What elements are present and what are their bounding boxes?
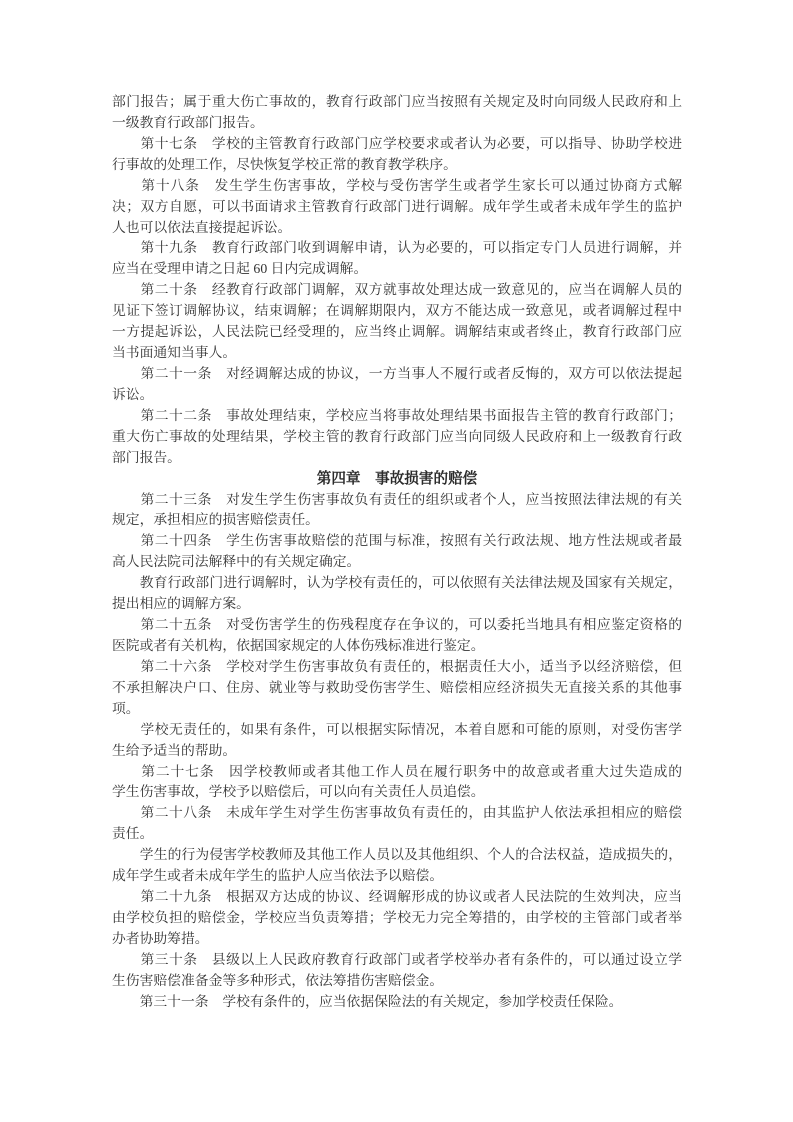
document-page: 部门报告；属于重大伤亡事故的，教育行政部门应当按照有关规定及时向同级人民政府和上… <box>0 0 793 1122</box>
text-line: 重大伤亡事故的处理结果，学校主管的教育行政部门应当向同级人民政府和上一级教育行政 <box>112 427 682 448</box>
text-line: 行事故的处理工作，尽快恢复学校正常的教育教学秩序。 <box>112 155 682 176</box>
text-line: 医院或者有关机构，依据国家规定的人体伤残标准进行鉴定。 <box>112 636 682 657</box>
text-line: 学生的行为侵害学校教师及其他工作人员以及其他组织、个人的合法权益，造成损失的， <box>112 845 682 866</box>
text-line: 部门报告。 <box>112 448 682 469</box>
text-line: 第二十八条 未成年学生对学生伤害事故负有责任的，由其监护人依法承担相应的赔偿 <box>112 803 682 824</box>
text-line: 第二十五条 对受伤害学生的伤残程度存在争议的，可以委托当地具有相应鉴定资格的 <box>112 615 682 636</box>
text-line: 责任。 <box>112 824 682 845</box>
text-line: 一级教育行政部门报告。 <box>112 113 682 134</box>
text-line: 第二十九条 根据双方达成的协议、经调解形成的协议或者人民法院的生效判决，应当 <box>112 887 682 908</box>
text-line: 第二十三条 对发生学生伤害事故负有责任的组织或者个人，应当按照法律法规的有关 <box>112 490 682 511</box>
chapter-heading: 第四章 事故损害的赔偿 <box>112 469 682 490</box>
text-line: 由学校负担的赔偿金，学校应当负责筹措；学校无力完全筹措的，由学校的主管部门或者举 <box>112 908 682 929</box>
text-line: 学生伤害事故，学校予以赔偿后，可以向有关责任人员追偿。 <box>112 782 682 803</box>
text-line: 第十九条 教育行政部门收到调解申请，认为必要的，可以指定专门人员进行调解，并 <box>112 238 682 259</box>
text-line: 生给予适当的帮助。 <box>112 741 682 762</box>
text-line: 项。 <box>112 699 682 720</box>
text-line: 应当在受理申请之日起 60 日内完成调解。 <box>112 259 682 280</box>
text-line: 第二十四条 学生伤害事故赔偿的范围与标准，按照有关行政法规、地方性法规或者最 <box>112 531 682 552</box>
text-line: 决；双方自愿，可以书面请求主管教育行政部门进行调解。成年学生或者未成年学生的监护 <box>112 197 682 218</box>
text-line: 见证下签订调解协议，结束调解；在调解期限内，双方不能达成一致意见，或者调解过程中 <box>112 301 682 322</box>
text-line: 部门报告；属于重大伤亡事故的，教育行政部门应当按照有关规定及时向同级人民政府和上 <box>112 92 682 113</box>
text-line: 第二十七条 因学校教师或者其他工作人员在履行职务中的故意或者重大过失造成的 <box>112 762 682 783</box>
text-line: 人也可以依法直接提起诉讼。 <box>112 218 682 239</box>
text-line: 成年学生或者未成年学生的监护人应当依法予以赔偿。 <box>112 866 682 887</box>
text-line: 第三十条 县级以上人民政府教育行政部门或者学校举办者有条件的，可以通过设立学 <box>112 950 682 971</box>
text-line: 教育行政部门进行调解时，认为学校有责任的，可以依照有关法律法规及国家有关规定， <box>112 573 682 594</box>
text-line: 一方提起诉讼，人民法院已经受理的，应当终止调解。调解结束或者终止，教育行政部门应 <box>112 322 682 343</box>
text-line: 第二十二条 事故处理结束，学校应当将事故处理结果书面报告主管的教育行政部门； <box>112 406 682 427</box>
text-line: 不承担解决户口、住房、就业等与救助受伤害学生、赔偿相应经济损失无直接关系的其他事 <box>112 678 682 699</box>
text-line: 第二十一条 对经调解达成的协议，一方当事人不履行或者反悔的，双方可以依法提起 <box>112 364 682 385</box>
text-line: 诉讼。 <box>112 385 682 406</box>
document-text: 部门报告；属于重大伤亡事故的，教育行政部门应当按照有关规定及时向同级人民政府和上… <box>112 92 682 1013</box>
text-line: 第十八条 发生学生伤害事故，学校与受伤害学生或者学生家长可以通过协商方式解 <box>112 176 682 197</box>
text-line: 第三十一条 学校有条件的，应当依据保险法的有关规定，参加学校责任保险。 <box>112 992 682 1013</box>
text-line: 生伤害赔偿准备金等多种形式，依法筹措伤害赔偿金。 <box>112 971 682 992</box>
text-line: 第二十条 经教育行政部门调解，双方就事故处理达成一致意见的，应当在调解人员的 <box>112 280 682 301</box>
text-line: 提出相应的调解方案。 <box>112 594 682 615</box>
text-line: 办者协助筹措。 <box>112 929 682 950</box>
text-line: 第二十六条 学校对学生伤害事故负有责任的，根据责任大小，适当予以经济赔偿，但 <box>112 657 682 678</box>
text-line: 第十七条 学校的主管教育行政部门应学校要求或者认为必要，可以指导、协助学校进 <box>112 134 682 155</box>
text-line: 当书面通知当事人。 <box>112 343 682 364</box>
text-line: 规定，承担相应的损害赔偿责任。 <box>112 510 682 531</box>
text-line: 学校无责任的，如果有条件，可以根据实际情况，本着自愿和可能的原则，对受伤害学 <box>112 720 682 741</box>
text-line: 高人民法院司法解释中的有关规定确定。 <box>112 552 682 573</box>
